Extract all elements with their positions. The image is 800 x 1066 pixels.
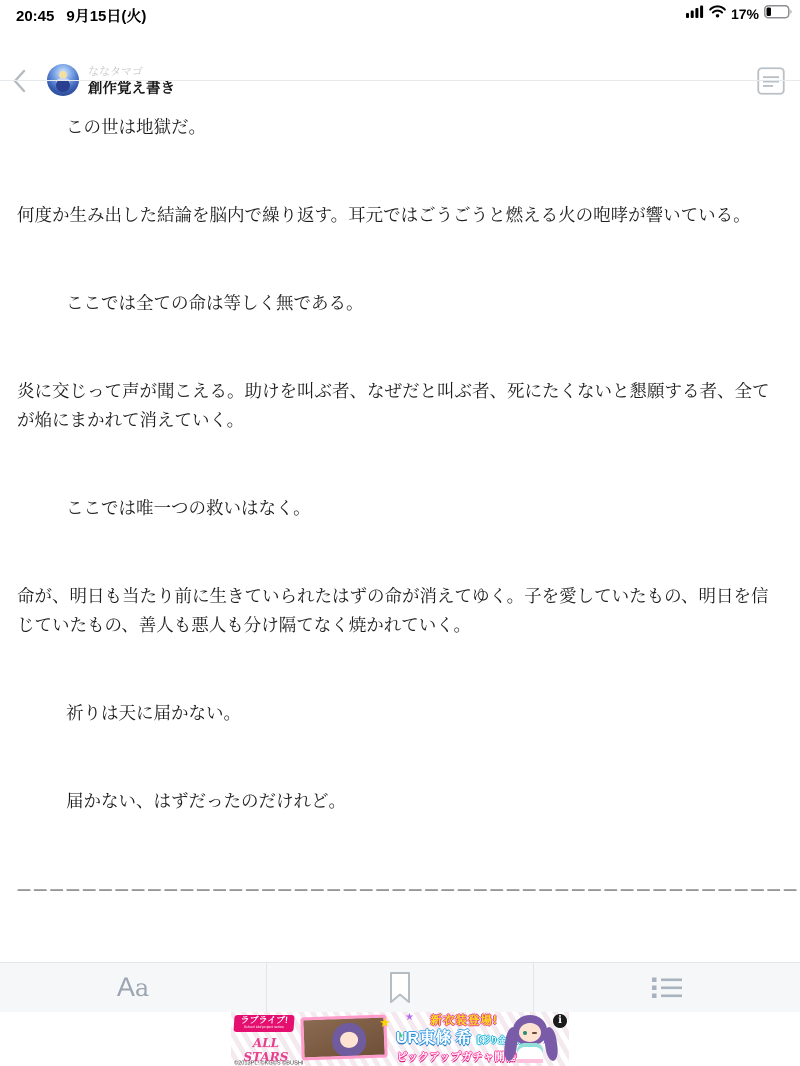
paragraph: 届かない、はずだったのだけれど。: [17, 788, 783, 817]
status-bar: 20:459月15日(火) 17%: [0, 0, 800, 28]
ad-banner[interactable]: ラブライブ! School idol project series ALL ST…: [231, 1012, 569, 1066]
paragraph: ここでは全ての命は等しく無である。: [17, 290, 783, 319]
paragraph: 祈りは天に届かない。: [17, 700, 783, 729]
paragraph: 何度か生み出した結論を脳内で繰り返す。耳元ではごうごうと燃える火の咆哮が響いてい…: [17, 202, 783, 231]
bookmark-button[interactable]: [266, 963, 533, 1012]
lovelive-logo: ラブライブ! School idol project series: [233, 1015, 294, 1032]
novel-reader-screen: 20:459月15日(火) 17% ななタマゴ 創作覚え書き: [0, 0, 800, 1066]
novel-text: この世は地獄だ。 何度か生み出した結論を脳内で繰り返す。耳元ではごうごうと燃える…: [17, 81, 783, 905]
paragraph: ここでは唯一つの救いはなく。: [17, 495, 783, 524]
ad-copyright: ©2013PL! ©KG©S ©BUSHI: [234, 1060, 303, 1066]
battery-icon: [764, 5, 792, 24]
status-date: 9月15日(火): [66, 8, 146, 25]
status-time: 20:45: [16, 8, 54, 25]
paragraph: 命が、明日も当たり前に生きていられたはずの命が消えてゆく。子を愛していたもの、明…: [17, 583, 783, 641]
font-settings-button[interactable]: Aa: [0, 963, 266, 1012]
contents-list-button[interactable]: [533, 963, 800, 1012]
status-time-date: 20:459月15日(火): [16, 5, 146, 26]
ad-screenshot-thumbnail: [300, 1015, 387, 1061]
reader-toolbar: Aa: [0, 962, 800, 1012]
list-icon: [652, 975, 682, 1001]
wifi-icon: [709, 5, 726, 23]
battery-percent: 17%: [731, 6, 759, 22]
scene-divider: ————————————————————————————————————————…: [17, 876, 783, 905]
cellular-signal-icon: [686, 5, 704, 24]
header: ななタマゴ 創作覚え書き: [0, 28, 800, 81]
paragraph: 炎に交じって声が聞こえる。助けを叫ぶ者、なぜだと叫ぶ者、死にたくないと懇願する者…: [17, 378, 783, 436]
paragraph: この世は地獄だ。: [17, 114, 783, 143]
font-size-icon: Aa: [117, 974, 149, 1001]
ad-info-button[interactable]: i: [553, 1014, 567, 1028]
ad-character-art: [503, 1013, 559, 1066]
bookmark-icon: [387, 971, 413, 1005]
